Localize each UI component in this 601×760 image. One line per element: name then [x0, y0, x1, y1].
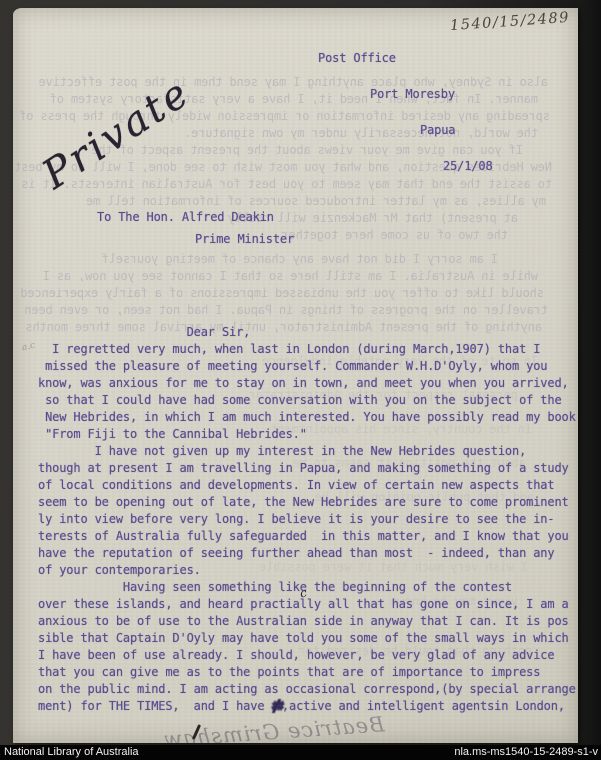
letterhead-territory: Papua: [420, 122, 455, 139]
letter-body: Dear Sir, I regretted very much, when la…: [38, 324, 576, 698]
body-last-line: ment) for THE TIMES, and I have ##,activ…: [38, 698, 565, 715]
body-line: so that I could have had some conversati…: [38, 392, 576, 409]
body-line: anxious to be of use to the Australian s…: [38, 613, 576, 630]
body-line: "From Fiji to the Cannibal Hebrides.": [38, 426, 576, 443]
archive-ref-annotation: 1540/15/2489: [450, 10, 571, 34]
body-line: New Hebrides, in which I am much interes…: [38, 409, 576, 426]
bleedthrough-line: also in Sydney, who place anything I may…: [39, 75, 548, 89]
library-name-label: National Library of Australia: [4, 746, 139, 758]
body-line: though at present I am travelling in Pap…: [38, 460, 576, 477]
private-annotation: Private: [34, 69, 198, 198]
body-line: missed the pleasure of meeting yourself.…: [38, 358, 576, 375]
bleedthrough-line: should like to offer you the unbiassed i…: [20, 286, 544, 300]
letterhead-office: Post Office: [318, 50, 396, 67]
body-line: ly into view before very long. I believe…: [38, 511, 576, 528]
bleedthrough-line: while in Australia. I am still here so t…: [43, 269, 538, 283]
strikethrough-scribble: ##: [271, 699, 281, 713]
bleedthrough-line: the world, not necessarily under my own …: [184, 126, 538, 140]
recipient-name: To The Hon. Alfred Deakin: [97, 209, 274, 226]
image-id-label: nla.ms-ms1540-15-2489-s1-v: [454, 746, 598, 758]
bleedthrough-line: If you can give me your views about the …: [91, 143, 523, 157]
footer-bar: National Library of Australia nla.ms-ms1…: [0, 745, 601, 760]
body-line: on the public mind. I am acting as occas…: [38, 681, 576, 698]
bleedthrough-line: my allies, as my latter introduced sourc…: [86, 194, 546, 208]
letter-paper: also in Sydney, who place anything I may…: [13, 8, 578, 743]
bleedthrough-line: the two of us come here together.: [275, 228, 508, 242]
last-line-after: ,active and intelligent agentsin London,: [282, 699, 565, 713]
body-line: I regretted very much, when last in Lond…: [38, 341, 576, 358]
body-line: Dear Sir,: [38, 324, 576, 341]
body-line: I have not given up my interest in the N…: [38, 443, 576, 460]
body-line: of local conditions and developments. In…: [38, 477, 576, 494]
letter-date: 25/1/08: [443, 158, 493, 175]
bleedthrough-line: traveller on the progress of things in P…: [24, 303, 548, 317]
recipient-title: Prime Minister: [195, 231, 294, 248]
letterhead-location: Port Moresby: [370, 86, 455, 103]
body-line: of your contemporaries.: [38, 562, 576, 579]
bleedthrough-line: I am sorry I did not have any chance of …: [102, 252, 498, 266]
body-line: terests of Australia fully safeguarded i…: [38, 528, 576, 545]
scan-frame: also in Sydney, who place anything I may…: [0, 0, 601, 760]
last-line-before: ment) for THE TIMES, and I have: [38, 699, 271, 713]
body-line: know, was anxious for me to stay on in t…: [38, 375, 576, 392]
body-line: sible that Captain D'Oyly may have told …: [38, 630, 576, 647]
bleedthrough-line: to assist the end that may seem to you b…: [21, 177, 552, 191]
body-line: seem to be opening out of late, the New …: [38, 494, 576, 511]
body-line: have the reputation of seeing further ah…: [38, 545, 576, 562]
body-line: that you can give me as to the points th…: [38, 664, 576, 681]
body-line: I have been of use already. I should, ho…: [38, 647, 576, 664]
margin-pencil-mark: a.c: [21, 341, 36, 354]
